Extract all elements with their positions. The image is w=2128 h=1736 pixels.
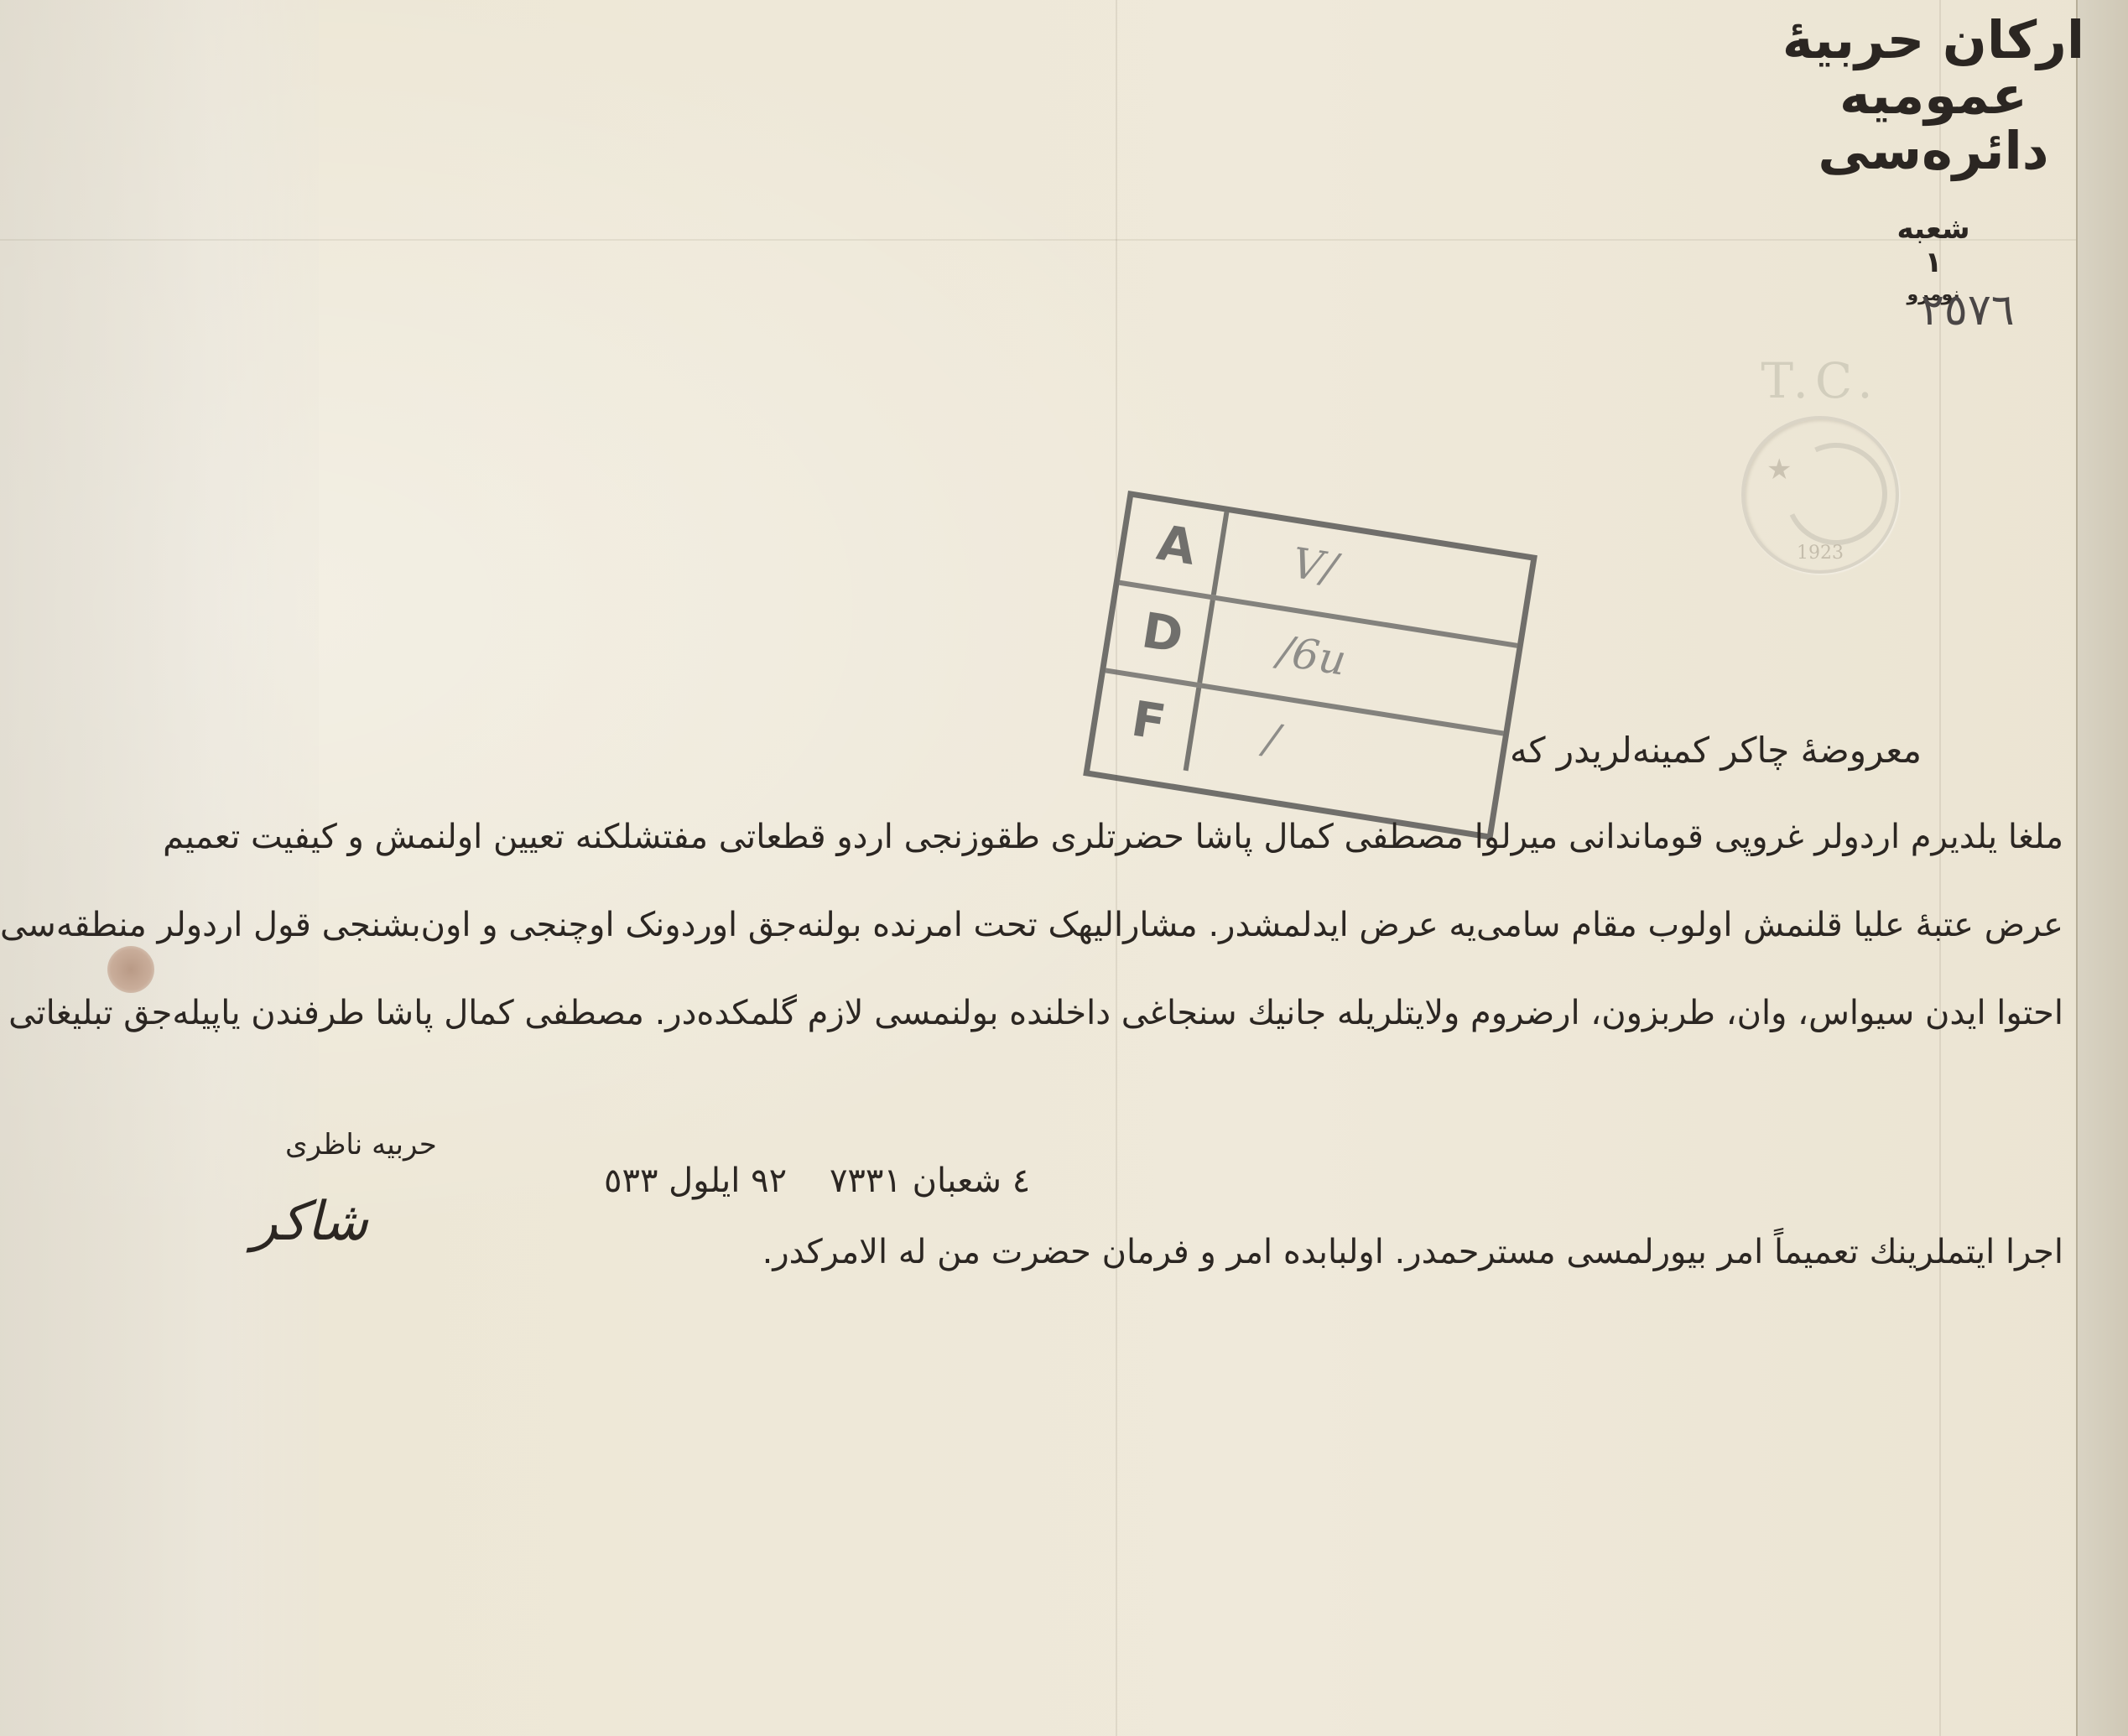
signatory-title: حربیه ناظری: [285, 1128, 437, 1162]
stamp-divider: [1197, 600, 1215, 683]
stamp-value: V/: [1288, 538, 1340, 594]
stamp-label: F: [1111, 687, 1187, 754]
letter-line: عرض عتبهٔ علیا قلنمش اولوب مقام سامی‌یه …: [50, 906, 2063, 944]
date-hijri: ٤ شعبان ١٣٣٧: [830, 1162, 1030, 1200]
letterhead-department-number: ١: [1761, 246, 2105, 279]
document-sheet: ارکان حربیهٔ عمومیه دائره‌سی شعبه ١ نومر…: [0, 0, 2128, 1736]
stamp-label: A: [1139, 512, 1215, 579]
reference-number: ٢٥٧٦: [1921, 285, 2015, 335]
letterhead-department-label: شعبه: [1761, 212, 2105, 246]
fold-line: [1116, 0, 1117, 1736]
stamp-label: D: [1125, 600, 1200, 667]
stamp-value: /6u: [1275, 626, 1350, 685]
worn-paper-edge: [0, 0, 319, 1736]
stamp-value: /: [1261, 714, 1283, 764]
letter-line: ملغا یلدیرم اردولر غروپی قوماندانی میرلو…: [50, 818, 2063, 856]
seal-initials: T.C.: [1736, 352, 1904, 409]
embossed-seal: T.C. ★ 1923: [1736, 352, 1904, 595]
signature: شاکر: [252, 1191, 368, 1253]
letter-addressee: معروضهٔ چاکر کمینه‌لریدر که: [1510, 730, 1922, 771]
letterhead: ارکان حربیهٔ عمومیه دائره‌سی شعبه ١ نومر…: [1761, 13, 2105, 305]
letterhead-organization: ارکان حربیهٔ عمومیه دائره‌سی: [1761, 13, 2105, 179]
stain-spot: [107, 946, 154, 993]
seal-year: 1923: [1745, 543, 1896, 564]
letter-date: ٤ شعبان ١٣٣٧ ٢٩ ایلول ٣٣٥: [604, 1162, 1030, 1200]
crescent-icon: [1771, 429, 1902, 559]
stamp-divider: [1184, 688, 1202, 772]
seal-ring: ★ 1923: [1741, 416, 1899, 574]
letter-line: احتوا ایدن سیواس، وان، طربزون، ارضروم ول…: [50, 994, 2063, 1032]
stamp-divider: [1211, 512, 1230, 595]
archive-stamp: A V/ D /6u F /: [1083, 491, 1537, 840]
date-rumi: ٢٩ ایلول ٣٣٥: [604, 1162, 787, 1200]
